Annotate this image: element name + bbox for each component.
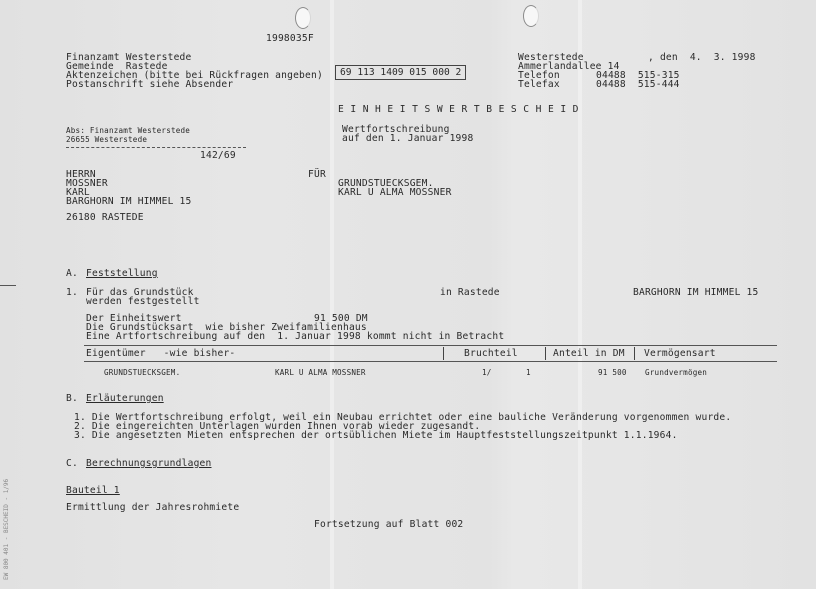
column-divider (634, 347, 635, 360)
col-header-eigentuemer: Eigentümer -wie bisher- (86, 349, 235, 359)
table-top-rule (84, 345, 777, 346)
punch-hole (295, 7, 311, 29)
section-a-prefix: A. (66, 269, 78, 279)
fuer-line2: KARL U ALMA MOSSNER (338, 188, 452, 198)
owner-name2: KARL U ALMA MOSSNER (275, 368, 366, 377)
item1-line2: werden festgestellt (86, 297, 200, 307)
telefax-label: Telefax (518, 80, 560, 90)
recipient-line: BARGHORN IM HIMMEL 15 (66, 197, 192, 207)
date: , den 4. 3. 1998 (648, 53, 756, 63)
section-b-heading: Erläuterungen (86, 394, 164, 404)
subtitle-line2: auf den 1. Januar 1998 (342, 134, 473, 144)
form-code: EW 800 401 - BESCHEID - 1/96 (3, 479, 10, 580)
continuation-note: Fortsetzung auf Blatt 002 (314, 520, 463, 530)
col-header-vermoegensart: Vermögensart (644, 349, 716, 359)
col-header-anteil: Anteil in DM (553, 349, 625, 359)
recipient-city: 26180 RASTEDE (66, 213, 144, 223)
document-page: 1998035F Finanzamt Westerstede Gemeinde … (0, 0, 816, 589)
return-address-line2: 26655 Westerstede (66, 135, 147, 144)
bruchteil-denominator: 1 (526, 368, 531, 377)
reference-number: 142/69 (200, 151, 236, 161)
document-title: E I N H E I T S W E R T B E S C H E I D (338, 105, 579, 115)
return-address-rule (66, 147, 246, 148)
vermoegensart-value: Grundvermögen (645, 368, 707, 377)
column-divider (443, 347, 444, 360)
section-a-heading: Feststellung (86, 269, 158, 279)
property-location: in Rastede (440, 288, 500, 298)
fuer-label: FÜR (308, 170, 326, 180)
section-c-heading: Berechnungsgrundlagen (86, 459, 212, 469)
return-address-line1: Abs: Finanzamt Westerstede (66, 126, 190, 135)
section-c-prefix: C. (66, 459, 78, 469)
postanschrift: Postanschrift siehe Absender (66, 80, 233, 90)
owner-name: GRUNDSTUECKSGEM. (104, 368, 180, 377)
artfortschreibung: Eine Artfortschreibung auf den 1. Januar… (86, 332, 504, 342)
explanation-item: 3. Die angesetzten Mieten entsprechen de… (74, 431, 678, 441)
aktenzeichen-box: 69 113 1409 015 000 2 (335, 65, 466, 80)
table-header-rule (84, 361, 777, 362)
col-header-bruchteil: Bruchteil (464, 349, 518, 359)
property-address: BARGHORN IM HIMMEL 15 (633, 288, 759, 298)
ermittlung-text: Ermittlung der Jahresrohmiete (66, 503, 239, 513)
anteil-value: 91 500 (598, 368, 627, 377)
punch-hole (523, 5, 539, 27)
document-id: 1998035F (266, 34, 314, 44)
section-b-prefix: B. (66, 394, 78, 404)
bauteil-heading: Bauteil 1 (66, 486, 120, 496)
item1-number: 1. (66, 288, 78, 298)
paper-fold (578, 0, 582, 589)
fold-mark (0, 285, 16, 286)
column-divider (545, 347, 546, 360)
bruchteil-numerator: 1/ (482, 368, 492, 377)
telefax-number: 04488 515-444 (596, 80, 680, 90)
paper-fold (330, 0, 334, 589)
